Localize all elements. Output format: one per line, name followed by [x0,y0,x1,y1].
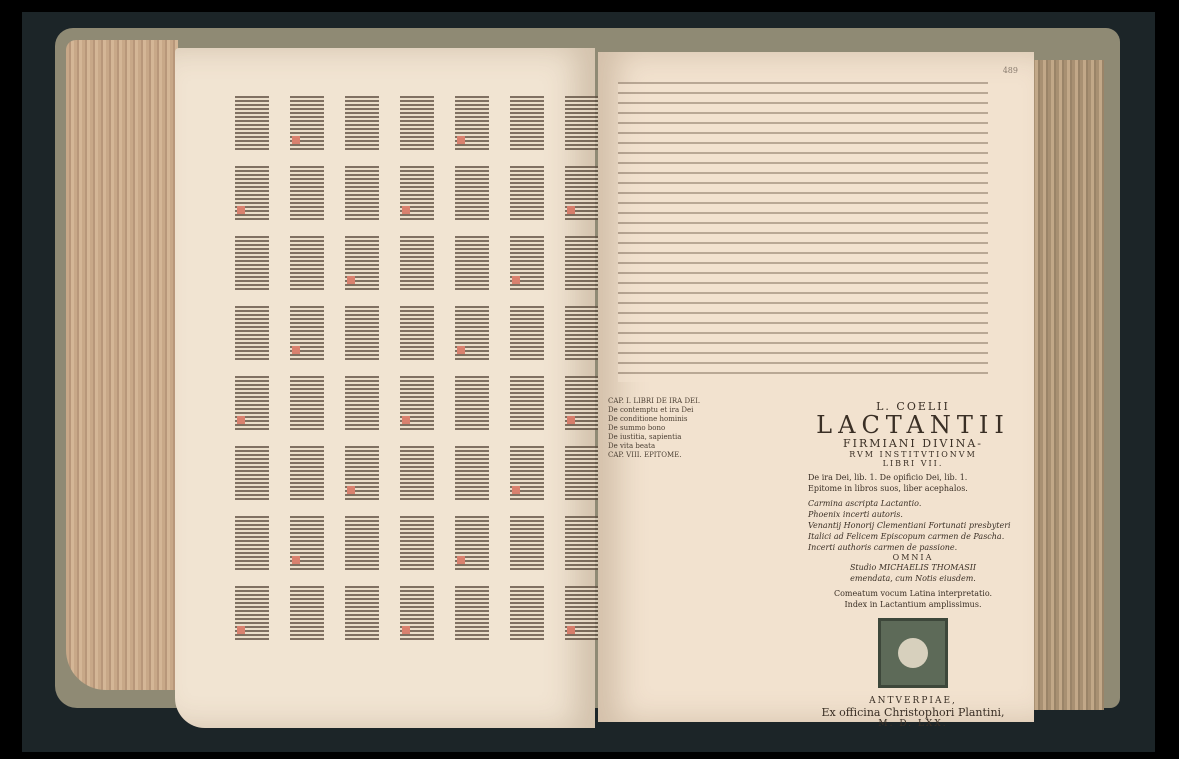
text-fragment [510,96,544,150]
index-header: CAP. I. LIBRI DE IRA DEI. [608,397,798,406]
index-note: Index in Lactantium amplissimus. [808,599,1018,610]
red-initial-icon [402,626,410,634]
red-initial-icon [567,416,575,424]
right-page: 489 CAP. I. LIBRI DE IRA DEI. De contemp… [598,52,1034,722]
text-fragment [510,166,544,220]
carmina: Carmina ascripta Lactantio. [808,498,1018,509]
text-fragment [290,96,324,150]
index-columns: CAP. I. LIBRI DE IRA DEI. De contemptu e… [608,397,798,460]
text-fragment [345,166,379,220]
red-initial-icon [347,276,355,284]
text-fragment [235,236,269,290]
red-initial-icon [292,136,300,144]
red-initial-icon [567,626,575,634]
text-fragment [235,376,269,430]
text-fragment [565,96,599,150]
text-fragment [455,306,489,360]
fragment-grid [235,96,615,656]
text-fragment [400,96,434,150]
text-fragment [400,516,434,570]
text-fragment [345,586,379,640]
text-fragment [510,586,544,640]
text-fragment [400,376,434,430]
left-page [175,48,595,728]
red-initial-icon [292,346,300,354]
index-section: CAP. VIII. EPITOME. [608,451,798,460]
text-fragment [345,236,379,290]
text-fragment [345,376,379,430]
editor: emendata, cum Notis eiusdem. [808,573,1018,584]
text-fragment [400,166,434,220]
red-initial-icon [512,276,520,284]
carmina: Incerti authoris carmen de passione. [808,542,1018,553]
text-fragment [565,446,599,500]
index-entry: De contemptu et ira Dei [608,406,798,415]
red-initial-icon [237,626,245,634]
text-fragment [565,166,599,220]
contents: Epitome in libros suos, liber acephalos. [808,483,1018,494]
press: Ex officina Christophori Plantini, [808,706,1018,719]
text-fragment [290,166,324,220]
text-fragment [455,446,489,500]
title-block: L. COELII LACTANTII FIRMIANI DIVINA- RVM… [808,400,1018,729]
index-entry: De conditione hominis [608,415,798,424]
text-fragment [455,586,489,640]
page-edges-right [1032,60,1104,710]
text-fragment [565,376,599,430]
omnia: OMNIA [808,553,1018,562]
index-note: Comeatum vocum Latina interpretatio. [808,588,1018,599]
red-initial-icon [402,206,410,214]
text-fragment [290,516,324,570]
text-fragment [455,236,489,290]
title-line: RVM INSTITVTIONVM [808,450,1018,459]
index-entry: De iustitia, sapientia [608,433,798,442]
text-fragment [290,376,324,430]
red-initial-icon [457,346,465,354]
text-fragment [510,446,544,500]
text-fragment [565,236,599,290]
text-fragment [290,236,324,290]
text-fragment [290,586,324,640]
text-fragment [235,516,269,570]
red-initial-icon [402,416,410,424]
text-fragment [345,96,379,150]
text-fragment [455,376,489,430]
index-entry: De vita beata [608,442,798,451]
text-fragment [345,306,379,360]
printer-mark-icon [878,618,948,688]
text-fragment [400,306,434,360]
red-initial-icon [567,206,575,214]
text-fragment [510,516,544,570]
text-fragment [510,236,544,290]
text-fragment [235,96,269,150]
red-initial-icon [457,136,465,144]
text-fragment [235,446,269,500]
text-fragment [345,446,379,500]
text-fragment [565,516,599,570]
title-line: LIBRI VII. [808,459,1018,468]
text-fragment [290,306,324,360]
editor: Studio MICHAELIS THOMASII [808,562,1018,573]
text-fragment [400,586,434,640]
text-fragment [455,516,489,570]
text-fragment [455,166,489,220]
title-main: LACTANTII [808,413,1018,437]
text-fragment [235,586,269,640]
place: ANTVERPIAE, [808,696,1018,706]
text-fragment [290,446,324,500]
carmina: Venantij Honorij Clementiani Fortunati p… [808,520,1018,542]
text-fragment [565,586,599,640]
text-fragment [510,376,544,430]
red-initial-icon [292,556,300,564]
text-fragment [565,306,599,360]
red-initial-icon [347,486,355,494]
year: M. D. LXX. [808,719,1018,729]
text-fragment [235,306,269,360]
text-fragment [400,446,434,500]
red-initial-icon [512,486,520,494]
bleed-through-text [618,82,988,382]
text-fragment [455,96,489,150]
folio-number: 489 [1003,66,1018,75]
contents: De ira Dei, lib. 1. De opificio Dei, lib… [808,472,1018,483]
red-initial-icon [237,206,245,214]
red-initial-icon [457,556,465,564]
text-fragment [400,236,434,290]
text-fragment [235,166,269,220]
red-initial-icon [237,416,245,424]
page-edges-left [66,40,178,690]
index-entry: De summo bono [608,424,798,433]
text-fragment [345,516,379,570]
carmina: Phoenix incerti autoris. [808,509,1018,520]
text-fragment [510,306,544,360]
